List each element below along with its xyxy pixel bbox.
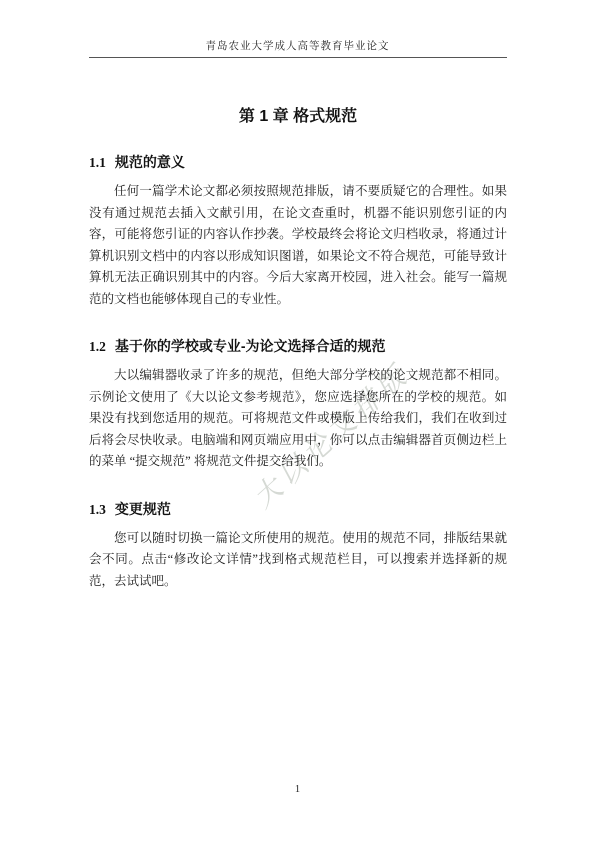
section-number: 1.3	[89, 502, 106, 518]
header-divider	[89, 57, 507, 58]
section-title: 规范的意义	[115, 152, 185, 172]
section-title: 基于你的学校或专业-为论文选择合适的规范	[115, 336, 386, 356]
section-title: 变更规范	[115, 499, 171, 519]
section-body-1-1: 任何一篇学术论文都必须按照规范排版，请不要质疑它的合理性。如果没有通过规范去插入…	[89, 181, 507, 310]
section-heading-1-1: 1.1 规范的意义	[89, 152, 507, 172]
chapter-title: 第 1 章 格式规范	[89, 103, 507, 126]
document-page: 青岛农业大学成人高等教育毕业论文 大以论文排版 第 1 章 格式规范 1.1 规…	[0, 0, 595, 842]
running-header: 青岛农业大学成人高等教育毕业论文	[0, 38, 595, 53]
section-body-1-3: 您可以随时切换一篇论文所使用的规范。使用的规范不同，排版结果就会不同。点击“修改…	[89, 528, 507, 593]
section-heading-1-2: 1.2 基于你的学校或专业-为论文选择合适的规范	[89, 336, 507, 356]
section-number: 1.2	[89, 339, 106, 355]
page-content: 第 1 章 格式规范 1.1 规范的意义 任何一篇学术论文都必须按照规范排版，请…	[89, 103, 507, 592]
section-body-1-2: 大以编辑器收录了许多的规范，但绝大部分学校的论文规范都不相同。示例论文使用了《大…	[89, 365, 507, 473]
page-number: 1	[0, 784, 595, 795]
section-number: 1.1	[89, 155, 106, 171]
section-heading-1-3: 1.3 变更规范	[89, 499, 507, 519]
